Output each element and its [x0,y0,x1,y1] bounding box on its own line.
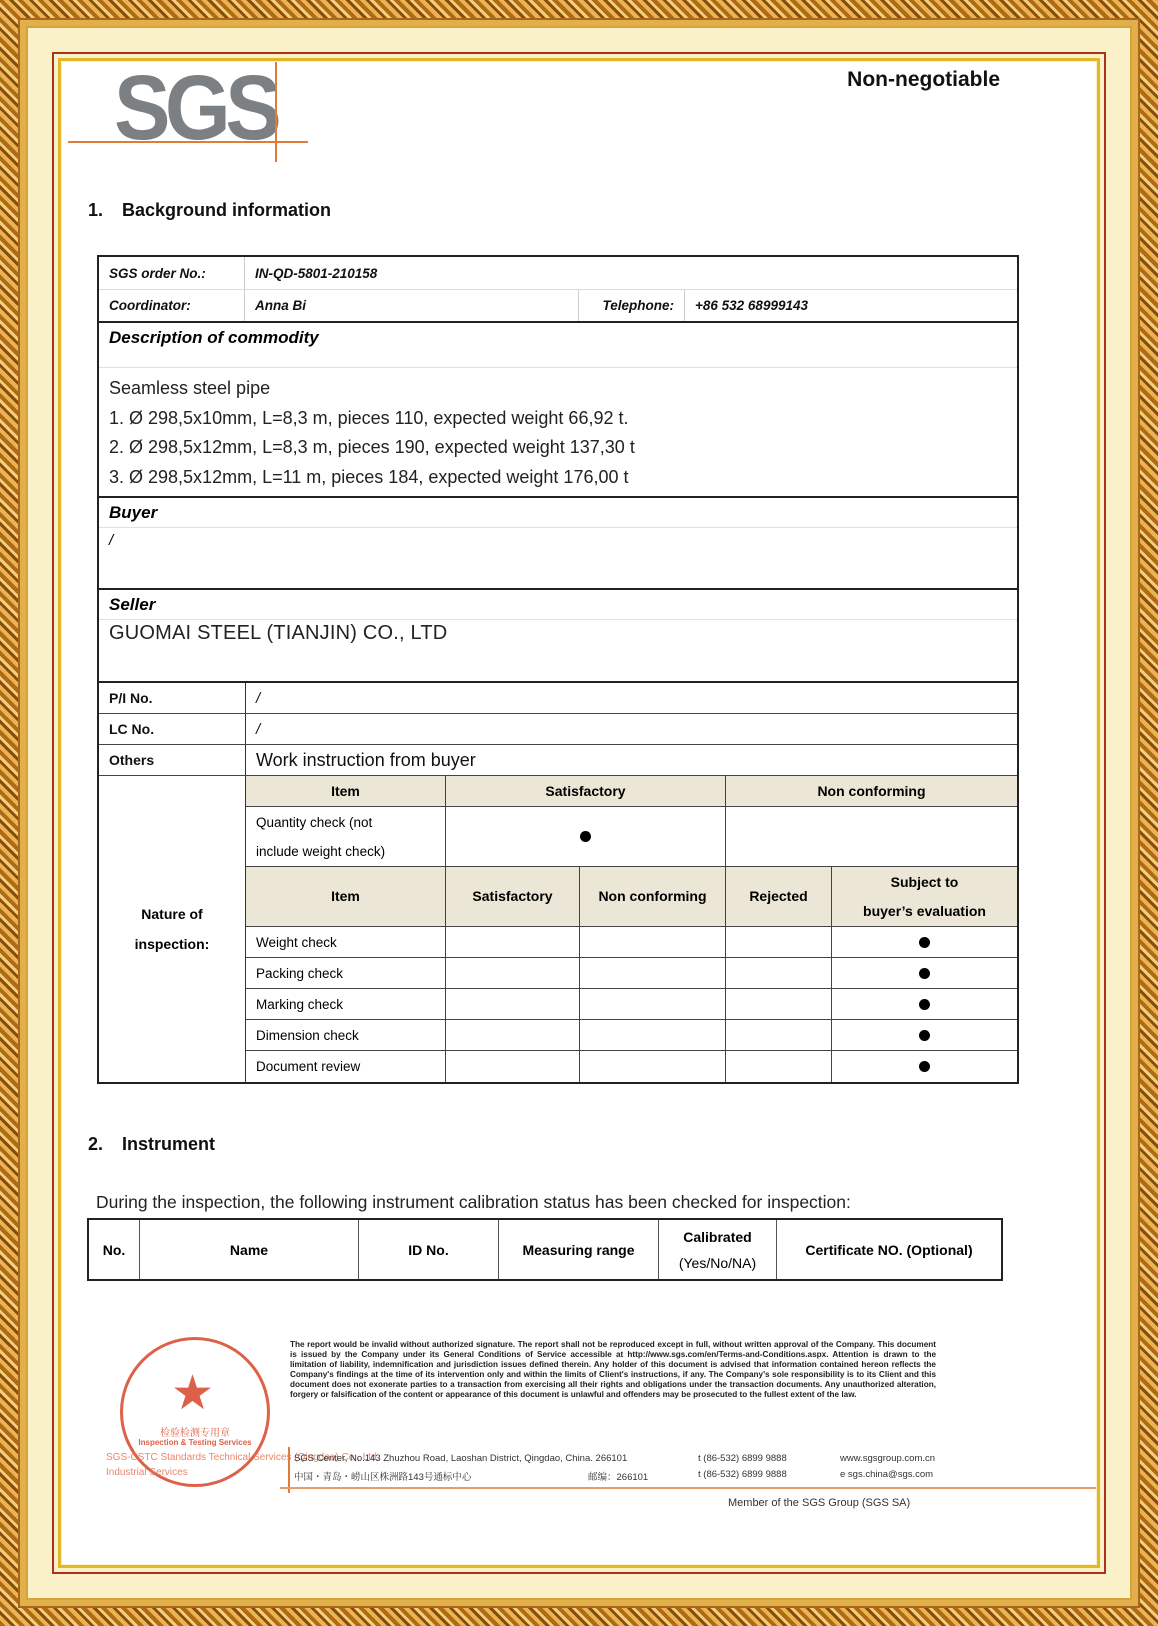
header-satisfactory: Satisfactory [446,867,580,926]
telephone-1: t (86-532) 6899 9888 [698,1453,787,1464]
header-rejected: Rejected [726,867,832,926]
check-row: Packing check [246,958,1017,989]
nature-label-line1: Nature of [135,899,210,929]
address-en: SGS Center, No.143 Zhuzhou Road, Laoshan… [294,1453,627,1464]
check-satisfactory [446,1020,580,1050]
check-satisfactory [446,927,580,957]
section-title: Instrument [122,1134,215,1154]
quantity-row: Quantity check (not include weight check… [246,807,1017,867]
check-rejected [726,989,832,1019]
buyer-title: Buyer [99,498,1017,528]
footer-rule-horizontal [280,1487,1096,1489]
nature-label-line2: inspection: [135,929,210,959]
check-subject-to-buyer [832,927,1017,957]
checks-rows: Weight checkPacking checkMarking checkDi… [246,927,1017,1082]
check-item: Marking check [246,989,446,1019]
header-satisfactory: Satisfactory [446,776,726,806]
section-number: 2. [88,1134,122,1155]
col-id: ID No. [359,1220,499,1279]
background-info-table: SGS order No.: IN-QD-5801-210158 Coordin… [97,255,1019,1084]
seller-block: Seller GUOMAI STEEL (TIANJIN) CO., LTD [99,590,1017,683]
buyer-value: / [99,528,1017,553]
section-number: 1. [88,200,122,221]
check-row: Dimension check [246,1020,1017,1051]
header-non-conforming: Non conforming [726,776,1017,806]
quantity-item-line1: Quantity check (not [256,808,385,837]
star-icon: ★ [171,1370,214,1418]
seller-title: Seller [99,590,1017,620]
logo-rule-horizontal [68,141,308,143]
check-item: Packing check [246,958,446,988]
header-item: Item [246,867,446,926]
logo-rule-vertical [275,62,277,162]
check-rejected [726,927,832,957]
header-non-conforming: Non conforming [580,867,726,926]
order-row: SGS order No.: IN-QD-5801-210158 [99,257,1017,290]
quantity-non-conforming [726,807,1017,866]
header-item: Item [246,776,446,806]
header-subject-line1: Subject to [863,868,986,897]
quantity-header-row: Item Satisfactory Non conforming [246,776,1017,807]
check-non-conforming [580,927,726,957]
check-subject-to-buyer [832,1020,1017,1050]
section-1-heading: 1.Background information [88,200,331,221]
check-rejected [726,958,832,988]
check-subject-to-buyer [832,1051,1017,1082]
commodity-lines: Seamless steel pipe 1. Ø 298,5x10mm, L=8… [99,368,1017,496]
order-label: SGS order No.: [99,257,245,289]
col-calibrated: Calibrated (Yes/No/NA) [659,1220,777,1279]
section-2-heading: 2.Instrument [88,1134,215,1155]
commodity-line: 2. Ø 298,5x12mm, L=8,3 m, pieces 190, ex… [109,433,1007,463]
classification-label: Non-negotiable [847,68,1000,92]
calibrated-label: Calibrated [679,1224,756,1250]
calibrated-sub: (Yes/No/NA) [679,1250,756,1276]
document-page: SGS Non-negotiable 1.Background informat… [62,62,1096,1564]
lc-label: LC No. [99,714,246,744]
check-dot-icon [919,937,930,948]
check-dot-icon [919,968,930,979]
check-row: Marking check [246,989,1017,1020]
others-row: Others Work instruction from buyer [99,745,1017,776]
check-non-conforming [580,1051,726,1082]
commodity-line: 1. Ø 298,5x10mm, L=8,3 m, pieces 110, ex… [109,404,1007,434]
check-non-conforming [580,958,726,988]
commodity-title: Description of commodity [99,323,1017,368]
col-certificate: Certificate NO. (Optional) [777,1220,1001,1279]
address-cn: 中国・青岛・崂山区株洲路143号通标中心 [294,1469,471,1483]
others-label: Others [99,745,246,775]
section-title: Background information [122,200,331,220]
postcode-cn: 邮编：266101 [588,1469,648,1483]
email-link[interactable]: e sgs.china@sgs.com [840,1469,933,1480]
check-subject-to-buyer [832,958,1017,988]
check-item: Document review [246,1051,446,1082]
buyer-block: Buyer / [99,498,1017,590]
group-membership: Member of the SGS Group (SGS SA) [728,1497,910,1509]
inspection-grid: Item Satisfactory Non conforming Quantit… [246,776,1017,1082]
quantity-item-line2: include weight check) [256,837,385,866]
others-value: Work instruction from buyer [246,745,486,775]
check-dot-icon [919,999,930,1010]
check-dot-icon [919,1030,930,1041]
check-item: Weight check [246,927,446,957]
order-value: IN-QD-5801-210158 [245,257,387,289]
telephone-2: t (86-532) 6899 9888 [698,1469,787,1480]
lc-row: LC No. / [99,714,1017,745]
seal-text-cn: 检验检测专用章 [123,1424,267,1439]
coordinator-row: Coordinator: Anna Bi Telephone: +86 532 … [99,290,1017,323]
check-row: Document review [246,1051,1017,1082]
check-satisfactory [446,1051,580,1082]
coordinator-label: Coordinator: [99,290,245,321]
check-subject-to-buyer [832,989,1017,1019]
nature-of-inspection: Nature of inspection: Item Satisfactory … [99,776,1017,1082]
header-subject-to-buyer: Subject to buyer’s evaluation [832,867,1017,926]
header-subject-line2: buyer’s evaluation [863,897,986,926]
check-dot-icon [580,831,591,842]
check-non-conforming [580,989,726,1019]
checks-header-row: Item Satisfactory Non conforming Rejecte… [246,867,1017,927]
instrument-intro: During the inspection, the following ins… [96,1192,851,1213]
seal-text-en: Inspection & Testing Services [123,1438,267,1447]
check-item: Dimension check [246,1020,446,1050]
commodity-line: Seamless steel pipe [109,374,1007,404]
col-range: Measuring range [499,1220,659,1279]
check-non-conforming [580,1020,726,1050]
pi-row: P/I No. / [99,683,1017,714]
col-no: No. [89,1220,140,1279]
col-name: Name [140,1220,359,1279]
legal-disclaimer: The report would be invalid without auth… [290,1340,936,1400]
seller-value: GUOMAI STEEL (TIANJIN) CO., LTD [99,620,1017,680]
lc-value: / [246,714,270,744]
coordinator-value: Anna Bi [245,290,579,321]
commodity-block: Description of commodity Seamless steel … [99,323,1017,498]
pi-label: P/I No. [99,683,246,713]
instrument-table: No. Name ID No. Measuring range Calibrat… [87,1218,1003,1281]
check-satisfactory [446,958,580,988]
check-dot-icon [919,1061,930,1072]
quantity-item: Quantity check (not include weight check… [246,807,446,866]
check-row: Weight check [246,927,1017,958]
quantity-satisfactory [446,807,726,866]
check-rejected [726,1020,832,1050]
telephone-value: +86 532 68999143 [685,290,818,321]
check-satisfactory [446,989,580,1019]
commodity-line: 3. Ø 298,5x12mm, L=11 m, pieces 184, exp… [109,463,1007,493]
telephone-label: Telephone: [579,290,685,321]
website-link[interactable]: www.sgsgroup.com.cn [840,1453,935,1464]
nature-label: Nature of inspection: [99,776,246,1082]
check-rejected [726,1051,832,1082]
pi-value: / [246,683,270,713]
